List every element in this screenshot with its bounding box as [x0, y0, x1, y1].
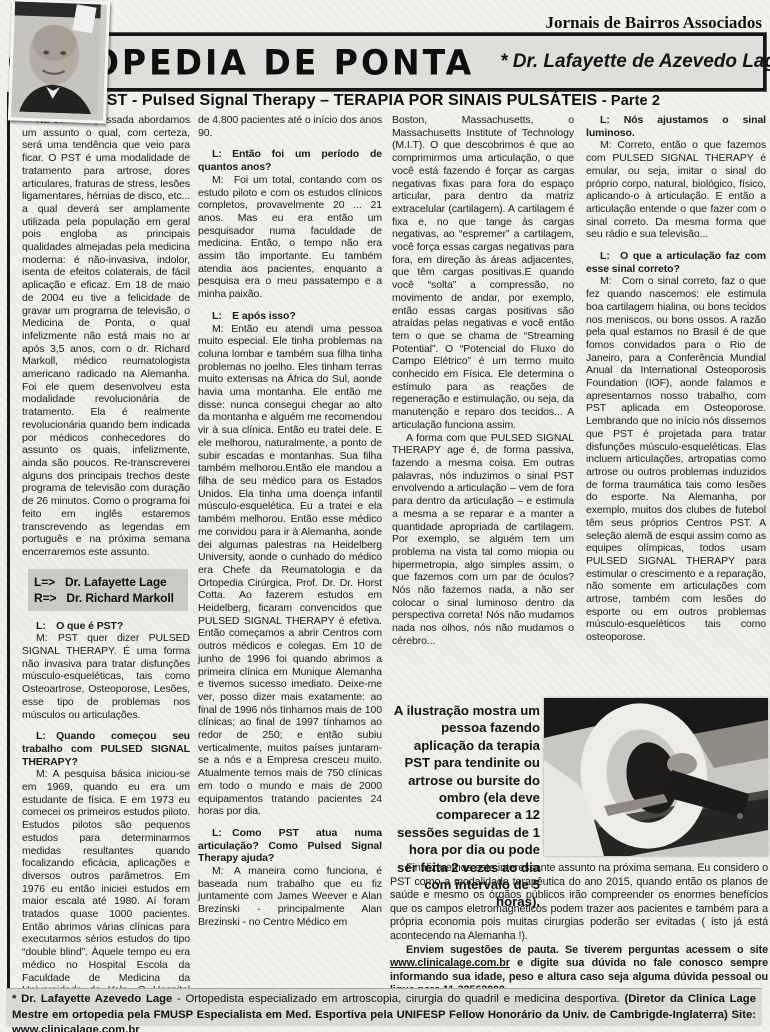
- question: L: Nós ajustamos o sinal luminoso.: [586, 114, 766, 139]
- author-portrait-graphic: [11, 1, 101, 114]
- question: L: E após isso?: [198, 310, 382, 323]
- closing-paragraph: Finalizaremos este interessante assunto …: [390, 862, 768, 944]
- question: L: O que a articulação faz com esse sina…: [586, 250, 766, 275]
- legend-arrow-r: R=>: [34, 590, 56, 606]
- closing-section: Finalizaremos este interessante assunto …: [390, 862, 768, 998]
- newspaper-page: Jornais de Bairros Associados ORTOPEDIA …: [0, 0, 770, 1032]
- clinic-site-link[interactable]: www.clinicalage.com.br: [390, 957, 510, 969]
- answer: M: Foi um total, contando com os estudo …: [198, 174, 382, 301]
- paragraph: de 4.800 pacientes até o início dos anos…: [198, 114, 382, 139]
- article-column-1: Na semana passada abordamos um assunto o…: [22, 114, 190, 982]
- cta-text-a: Enviem sugestões de pauta. Se tiverem pe…: [406, 944, 768, 956]
- legend-row-r: R=> Dr. Richard Markoll: [34, 590, 182, 606]
- speaker-legend: L=> Dr. Lafayette Lage R=> Dr. Richard M…: [28, 569, 188, 611]
- footer-credentials: * Dr. Lafayette Azevedo Lage - Ortopedis…: [6, 988, 762, 1026]
- headline-part: - Parte 2: [602, 93, 660, 109]
- pst-machine-photo: [544, 698, 768, 856]
- paragraph: Na semana passada abordamos um assunto o…: [22, 114, 190, 559]
- question: L: O que é PST?: [22, 620, 190, 633]
- column-banner: ORTOPEDIA DE PONTA * Dr. Lafayette de Az…: [28, 33, 766, 91]
- headline-main: PST - Pulsed Signal Therapy – TERAPIA PO…: [96, 92, 597, 109]
- question: L: Como PST atua numa articulação? Como …: [198, 827, 382, 865]
- article-column-2: de 4.800 pacientes até o início dos anos…: [198, 114, 382, 982]
- legend-arrow-l: L=>: [34, 574, 55, 590]
- footer-description: - Ortopedista especializado em artroscop…: [177, 993, 624, 1005]
- answer: M: A maneira como funciona, é baseada nu…: [198, 865, 382, 929]
- answer: M: Correto, então o que fazemos com PULS…: [586, 139, 766, 241]
- question: L: Então foi um período de quantos anos?: [198, 148, 382, 173]
- legend-name-l: Dr. Lafayette Lage: [65, 574, 167, 590]
- answer: Boston, Massachusetts, o Massachusetts I…: [392, 114, 574, 432]
- article-column-3: Boston, Massachusetts, o Massachusetts I…: [392, 114, 574, 700]
- left-column-rule: [7, 92, 10, 990]
- footer-site-label: Site:: [732, 1009, 756, 1021]
- pst-machine-graphic: [544, 698, 768, 856]
- answer: A forma com que PULSED SIGNAL THERAPY ag…: [392, 432, 574, 648]
- answer: M: Com o sinal correto, faz o que fez qu…: [586, 275, 766, 643]
- answer: M: Então eu atendi uma pessoa muito espe…: [198, 323, 382, 818]
- legend-name-r: Dr. Richard Markoll: [66, 590, 173, 606]
- column-author: * Dr. Lafayette de Azevedo Lage: [500, 51, 770, 73]
- article-column-4: L: Nós ajustamos o sinal luminoso. M: Co…: [586, 114, 766, 700]
- legend-row-l: L=> Dr. Lafayette Lage: [34, 574, 182, 590]
- footer-site-link[interactable]: www.clinicalage.com.br: [12, 1024, 140, 1032]
- masthead-publisher: Jornais de Bairros Associados: [546, 13, 762, 33]
- question: L: Quando começou seu trabalho com PULSE…: [22, 730, 190, 768]
- article-headline: PST - Pulsed Signal Therapy – TERAPIA PO…: [96, 92, 766, 110]
- answer: M: A pesquisa básica iniciou-se em 1969,…: [22, 768, 190, 1022]
- footer-doctor-name: * Dr. Lafayette Azevedo Lage: [12, 993, 177, 1005]
- author-photo: [8, 0, 110, 124]
- answer: M: PST quer dizer PULSED SIGNAL THERAPY.…: [22, 632, 190, 721]
